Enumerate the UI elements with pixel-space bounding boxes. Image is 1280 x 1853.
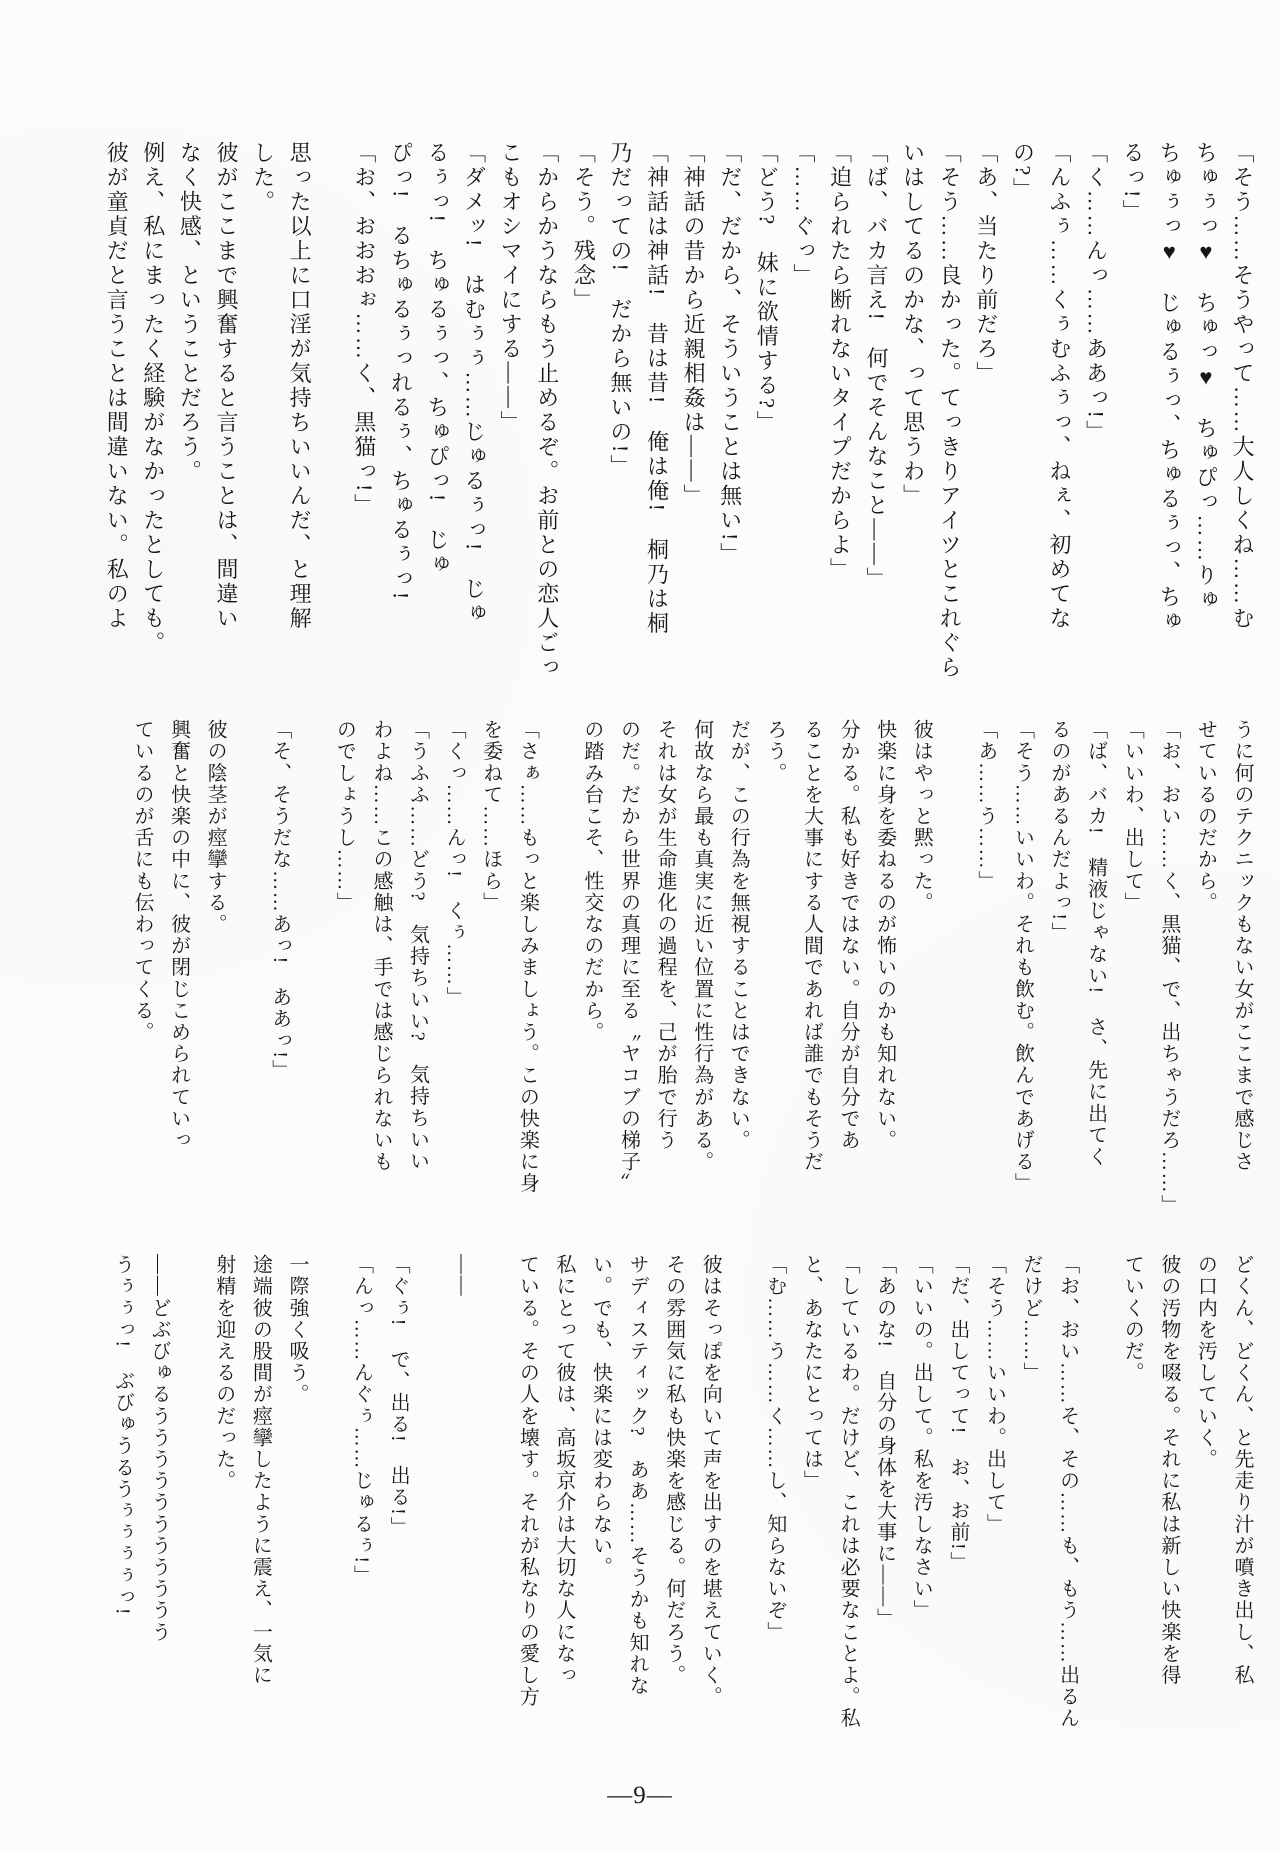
text-column: 「ば、バカ言え! 何でそんなこと――」 xyxy=(857,141,894,689)
text-column: 「からかうならもう止めるぞ。お前との恋人ごっ xyxy=(528,141,565,689)
text-column: ていくのだ。 xyxy=(1114,1254,1151,1759)
text-column: の口内を汚していく。 xyxy=(1187,1254,1224,1759)
text-column: 彼の汚物を啜る。それに私は新しい快楽を得 xyxy=(1150,1254,1187,1759)
text-column: 「神話は神話! 昔は昔! 俺は俺! 桐乃は桐 xyxy=(638,141,675,689)
text-column: その雰囲気に私も快楽を感じる。何だろう。 xyxy=(655,1254,692,1759)
text-column: 「ぐぅ! で、出る! 出る!」 xyxy=(380,1254,417,1759)
text-column: 「あ……う……」 xyxy=(967,719,1004,1221)
text-column: 途端彼の股間が痙攣したように震え、一気に xyxy=(242,1254,279,1759)
text-column: のでしょうし……」 xyxy=(326,719,363,1221)
text-column: 「だ、出してって! お、お前!」 xyxy=(939,1254,976,1759)
text-column: 「いいの。出して。私を汚しなさい」 xyxy=(903,1254,940,1759)
text-column: 彼はやっと黙った。 xyxy=(903,719,940,1221)
text-column: 「あのな! 自分の身体を大事に――」 xyxy=(866,1254,903,1759)
page-number: —9— xyxy=(0,1782,1280,1810)
text-column: 彼がここまで興奮すると言うことは、間違い xyxy=(207,141,244,689)
text-column: 射精を迎えるのだった。 xyxy=(205,1254,242,1759)
text-column: いはしてるのかな、って思うわ」 xyxy=(894,141,931,689)
text-column: 「お、おい……そ、その……も、もう……出るん xyxy=(1049,1254,1086,1759)
text-column: 私にとって彼は、高坂京介は大切な人になっ xyxy=(545,1254,582,1759)
text-column: るっ!」 xyxy=(1114,141,1151,689)
text-column: サディスティック? ああ……そうかも知れな xyxy=(619,1254,656,1759)
text-column: ぴっ! るちゅるぅっれるぅ、ちゅるぅっ! xyxy=(382,141,419,689)
text-band-bottom: どくん、どくん、と先走り汁が噴き出し、私の口内を汚していく。彼の汚物を啜る。それ… xyxy=(104,1254,1260,1759)
text-column: どくん、どくん、と先走り汁が噴き出し、私 xyxy=(1223,1254,1260,1759)
text-column: 快楽に身を委ねるのが怖いのかも知れない。 xyxy=(866,719,903,1221)
text-column: 「む……う……く……し、知らないぞ」 xyxy=(756,1254,793,1759)
text-column: 彼はそっぽを向いて声を出すのを堪えていく。 xyxy=(692,1254,729,1759)
text-column: こもオシマイにする――」 xyxy=(492,141,529,689)
text-column: ているのが舌にも伝わってくる。 xyxy=(123,719,160,1221)
text-column: 彼が童貞だと言うことは間違いない。私のよ xyxy=(98,141,135,689)
text-column: 「そう……いいわ。それも飲む。飲んであげる」 xyxy=(1004,719,1041,1221)
text-column: 「さぁ……もっと楽しみましょう。この快楽に身 xyxy=(509,719,546,1221)
text-column: だけど……」 xyxy=(1012,1254,1049,1759)
doujin-novel-page: 「そう……そうやって……大人しくね……むちゅぅっ♥ ちゅっ♥ ちゅぴっ……りゅち… xyxy=(0,0,1280,1853)
text-column: 「お、おおおぉ……く、黒猫っ!」 xyxy=(345,141,382,689)
text-column: だが、この行為を無視することはできない。 xyxy=(720,719,757,1221)
text-column: 何故なら最も真実に近い位置に性行為がある。 xyxy=(683,719,720,1221)
text-column: の?」 xyxy=(1004,141,1041,689)
text-column: 彼の陰茎が痙攣する。 xyxy=(197,719,234,1221)
text-column: ろう。 xyxy=(756,719,793,1221)
text-column: を委ねて……ほら」 xyxy=(472,719,509,1221)
text-column: 例え、私にまったく経験がなかったとしても。 xyxy=(134,141,171,689)
text-column: 「しているわ。だけど、これは必要なことよ。私 xyxy=(829,1254,866,1759)
text-band-top: 「そう……そうやって……大人しくね……むちゅぅっ♥ ちゅっ♥ ちゅぴっ……りゅち… xyxy=(98,141,1260,689)
text-column: と、あなたにとっては」 xyxy=(793,1254,830,1759)
text-column: した。 xyxy=(244,141,281,689)
text-column: 「んっ……んぐぅ……じゅるぅ!」 xyxy=(343,1254,380,1759)
text-column: 「どう? 妹に欲情する?」 xyxy=(748,141,785,689)
text-column: わよね……この感触は、手では感じられないも xyxy=(362,719,399,1221)
text-band-middle: うに何のテクニックもない女がここまで感じさせているのだから。「お、おい……く、黒… xyxy=(123,719,1260,1221)
text-column: なく快感、ということだろう。 xyxy=(171,141,208,689)
text-column: 分かる。私も好きではない。自分が自分であ xyxy=(829,719,866,1221)
text-column: ―― xyxy=(444,1254,481,1759)
text-column: ちゅぅっ♥ じゅるぅっ、ちゅるぅっ、ちゅ xyxy=(1150,141,1187,689)
text-column: ている。その人を壊す。それが私なりの愛し方 xyxy=(509,1254,546,1759)
text-column: それは女が生命進化の過程を、己が胎で行う xyxy=(647,719,684,1221)
text-column: 「だ、だから、そういうことは無い!」 xyxy=(711,141,748,689)
text-column: 一際強く吸う。 xyxy=(278,1254,315,1759)
text-column: ることを大事にする人間であれば誰でもそうだ xyxy=(793,719,830,1221)
text-column: せているのだから。 xyxy=(1187,719,1224,1221)
text-column: うに何のテクニックもない女がここまで感じさ xyxy=(1223,719,1260,1221)
text-column: 「うふふ……どう? 気持ちいい? 気持ちいい xyxy=(399,719,436,1221)
text-column: るのがあるんだよっ!」 xyxy=(1040,719,1077,1221)
text-column: 「そう。残念」 xyxy=(565,141,602,689)
text-column: の踏み台こそ、性交なのだから。 xyxy=(573,719,610,1221)
text-column: のだ。だから世界の真理に至る〝ヤコブの梯子〞 xyxy=(610,719,647,1221)
text-column: 思った以上に口淫が気持ちいいんだ、と理解 xyxy=(281,141,318,689)
text-column: 「そ、そうだな……あっ! ああっ!」 xyxy=(261,719,298,1221)
text-column: 「そう……良かった。てっきりアイツとこれぐら xyxy=(931,141,968,689)
text-column: 「んふぅ……くぅむふぅっ、ねぇ、初めてな xyxy=(1040,141,1077,689)
text-column: 「神話の昔から近親相姦は――」 xyxy=(675,141,712,689)
text-column: ちゅぅっ♥ ちゅっ♥ ちゅぴっ……りゅ xyxy=(1187,141,1224,689)
text-column: 「いいわ、出して」 xyxy=(1114,719,1151,1221)
text-column: るぅっ! ちゅるぅっ、ちゅぴっ! じゅ xyxy=(418,141,455,689)
text-column: 「く……んっ……ああっ!」 xyxy=(1077,141,1114,689)
text-column: 「迫られたら断れないタイプだからよ」 xyxy=(821,141,858,689)
text-column: 「……ぐっ」 xyxy=(784,141,821,689)
text-column: うぅぅっ! ぶびゅうるうぅぅぅぅっ! xyxy=(104,1254,141,1759)
text-column: 興奮と快楽の中に、彼が閉じこめられていっ xyxy=(160,719,197,1221)
text-column: い。でも、快楽には変わらない。 xyxy=(582,1254,619,1759)
text-column: 「あ、当たり前だろ」 xyxy=(967,141,1004,689)
text-column: 「そう……そうやって……大人しくね……む xyxy=(1223,141,1260,689)
text-column: ――どぶびゅるううううううううううう xyxy=(141,1254,178,1759)
text-column: 「お、おい……く、黒猫、で、出ちゃうだろ……」 xyxy=(1150,719,1187,1221)
text-column: 「ば、バカ! 精液じゃない! さ、先に出てく xyxy=(1077,719,1114,1221)
text-column: 「そう……いいわ。出して」 xyxy=(976,1254,1013,1759)
text-column: 「くっ……んっ! くぅ……」 xyxy=(436,719,473,1221)
text-column: 「ダメッ! はむぅぅ……じゅるぅっ! じゅ xyxy=(455,141,492,689)
text-column: 乃だっての! だから無いの!」 xyxy=(601,141,638,689)
